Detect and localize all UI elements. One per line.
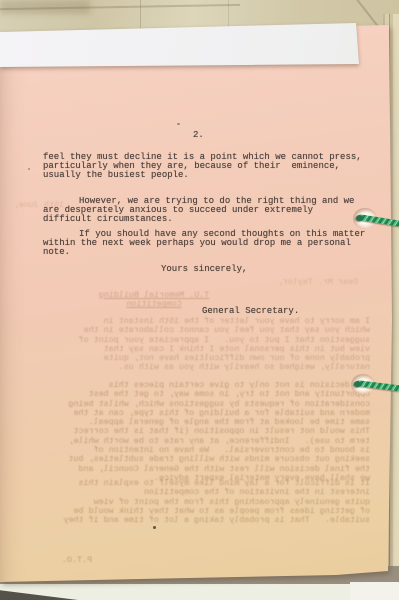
treasury-tag-knot-bottom [354,381,361,387]
letter-paragraph: However, we are trying to do the right t… [43,197,354,224]
paper-speck [177,123,180,125]
text-line: Competition [88,300,220,309]
text-line: difficult circumstances. [43,215,354,224]
text-line: note. [43,248,365,257]
text-line: suitable. That is probably taking a lot … [34,516,370,525]
treasury-tag-knot-top [356,215,363,221]
paper-speck [153,526,156,529]
letter-paragraph: If you should have any second thoughts o… [43,230,365,257]
bleedthrough-paragraph: Our decision is not only to give certain… [34,381,370,483]
document-scan: 15th June, Dear Mr. Taylor, T.U. Memoria… [0,0,399,600]
pink-letter-page: 15th June, Dear Mr. Taylor, T.U. Memoria… [0,0,399,600]
bleedthrough-heading: T.U. Memorial BuildingCompetition [88,291,220,310]
bleedthrough-paragraph: I am sorry to have your letter of the 15… [34,317,370,373]
bleedthrough-paragraph: It is difficult for a lay mind like myse… [34,479,370,525]
pink-page-wrapper: 15th June, Dear Mr. Taylor, T.U. Memoria… [0,0,399,600]
paper-speck [28,168,30,170]
signature-title: General Secretary. [202,307,299,316]
text-line: naturally, weighed so heavily with you a… [34,363,370,372]
bleedthrough-pto: P.T.O. [52,556,92,565]
bleedthrough-salutation: Dear Mr. Taylor, [266,278,358,287]
text-line: usually the busiest people. [43,171,362,180]
page-number: 2. [193,131,204,140]
text-line: within the next week perhaps you would d… [43,239,365,248]
letter-paragraph: feel they must decline it is a point whi… [43,153,362,180]
closing-line: Yours sincerely, [161,265,247,274]
